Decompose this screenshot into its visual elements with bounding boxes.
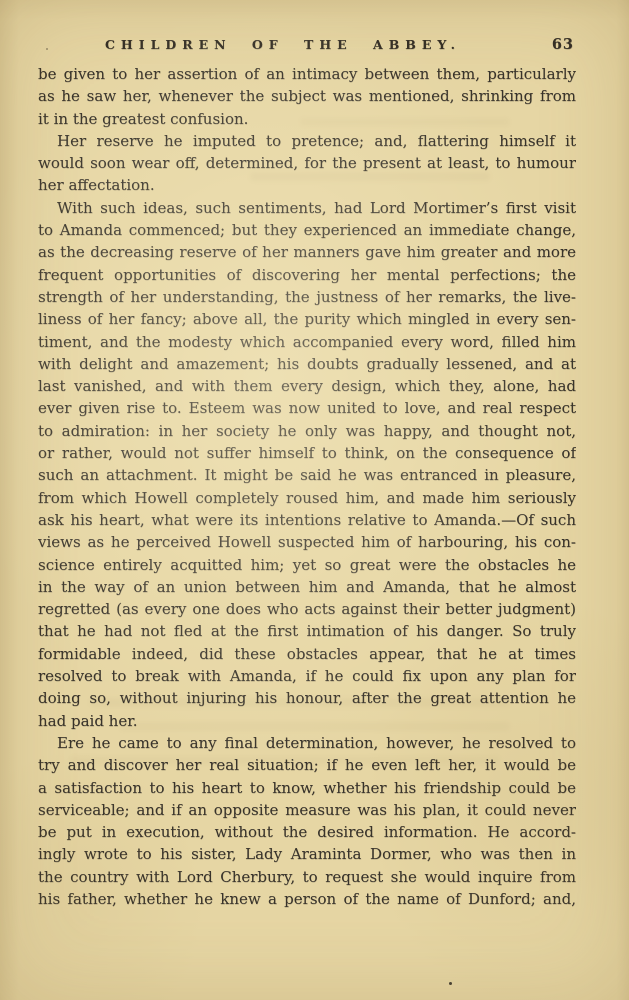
paragraph: Ere he came to any final determination, … — [38, 732, 576, 910]
text-line: his father, whether he knew a person of … — [38, 888, 576, 910]
text-line: from which Howell completely roused him,… — [38, 487, 576, 509]
text-line: serviceable; and if an opposite measure … — [38, 799, 576, 821]
text-line: had paid her. — [38, 710, 576, 732]
text-line: ingly wrote to his sister, Lady Araminta… — [38, 843, 576, 865]
text-line: as he saw her, whenever the subject was … — [38, 85, 576, 107]
text-line: such an attachment. It might be said he … — [38, 464, 576, 486]
text-line: or rather, would not suffer himself to t… — [38, 442, 576, 464]
running-header-title: CHILDREN OF THE ABBEY. — [105, 37, 461, 52]
text-line: try and discover her real situation; if … — [38, 754, 576, 776]
page-number: 63 — [552, 36, 574, 53]
paragraph: Her reserve he imputed to pretence; and,… — [38, 130, 576, 197]
text-line: the country with Lord Cherbury, to reque… — [38, 866, 576, 888]
text-line: her affectation. — [38, 174, 576, 196]
text-line: to Amanda commenced; but they experience… — [38, 219, 576, 241]
text-line: as the decreasing reserve of her manners… — [38, 241, 576, 263]
paragraph: be given to her assertion of an intimacy… — [38, 63, 576, 130]
page-text: be given to her assertion of an intimacy… — [38, 63, 576, 910]
text-line: strength of her understanding, the justn… — [38, 286, 576, 308]
text-line: science entirely acquitted him; yet so g… — [38, 554, 576, 576]
text-line: would soon wear off, determined, for the… — [38, 152, 576, 174]
text-line: formidable indeed, did these obstacles a… — [38, 643, 576, 665]
text-line: in the way of an union between him and A… — [38, 576, 576, 598]
text-line: frequent opportunities of discovering he… — [38, 264, 576, 286]
text-line: Her reserve he imputed to pretence; and,… — [38, 130, 576, 152]
text-line: Ere he came to any final determination, … — [38, 732, 576, 754]
text-line: With such ideas, such sentiments, had Lo… — [38, 197, 576, 219]
text-line: liness of her fancy; above all, the puri… — [38, 308, 576, 330]
text-line: that he had not fled at the first intima… — [38, 620, 576, 642]
text-line: be given to her assertion of an intimacy… — [38, 63, 576, 85]
text-line: ever given rise to. Esteem was now unite… — [38, 397, 576, 419]
text-line: it in the greatest confusion. — [38, 108, 576, 130]
text-line: doing so, without injuring his honour, a… — [38, 687, 576, 709]
text-line: be put in execution, without the desired… — [38, 821, 576, 843]
book-page: CHILDREN OF THE ABBEY. 63 be given to he… — [0, 0, 629, 1000]
text-line: a satisfaction to his heart to know, whe… — [38, 777, 576, 799]
text-line: resolved to break with Amanda, if he cou… — [38, 665, 576, 687]
text-line: ask his heart, what were its intentions … — [38, 509, 576, 531]
text-line: last vanished, and with them every desig… — [38, 375, 576, 397]
text-line: regretted (as every one does who acts ag… — [38, 598, 576, 620]
paragraph: With such ideas, such sentiments, had Lo… — [38, 197, 576, 732]
ink-speck — [449, 982, 452, 985]
running-header: CHILDREN OF THE ABBEY. 63 — [38, 37, 576, 55]
text-line: timent, and the modesty which accompanie… — [38, 331, 576, 353]
text-line: to admiration: in her society he only wa… — [38, 420, 576, 442]
text-line: views as he perceived Howell suspected h… — [38, 531, 576, 553]
text-line: with delight and amazement; his doubts g… — [38, 353, 576, 375]
